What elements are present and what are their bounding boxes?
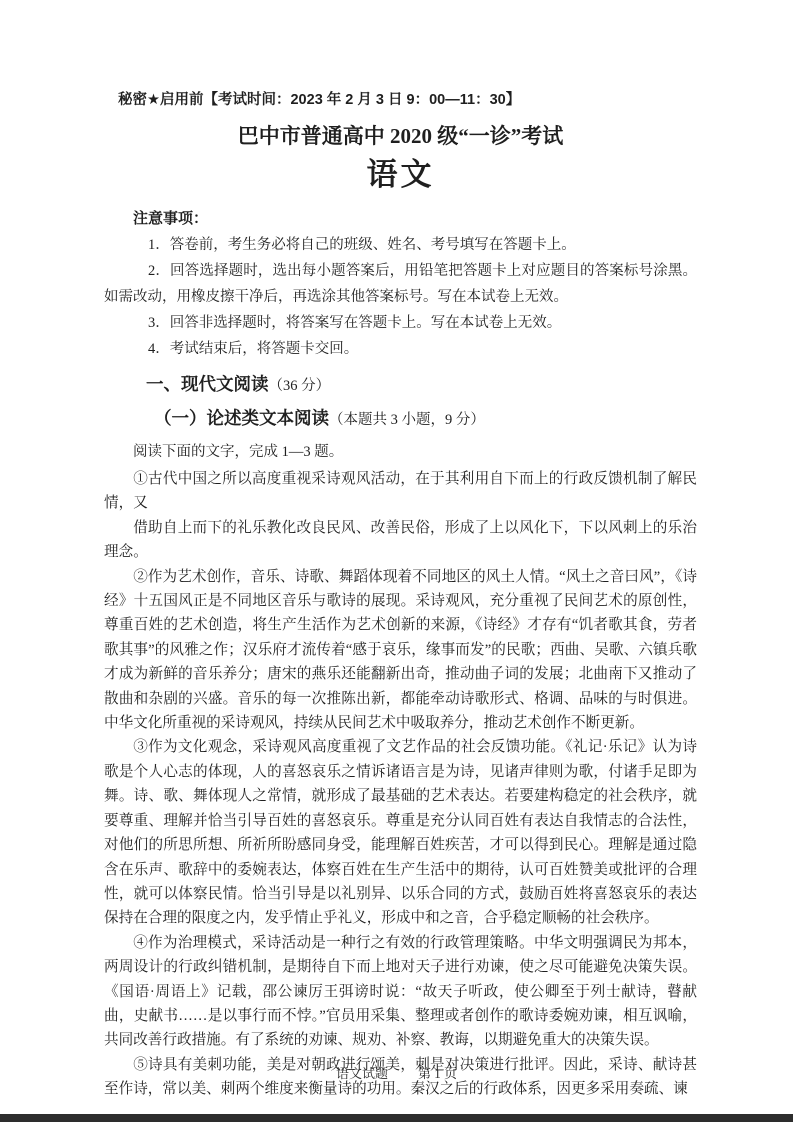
subsection-heading-title: （一）论述类文本阅读 <box>154 408 329 428</box>
note-item-2: 2．回答选择题时，选出每小题答案后，用铅笔把答题卡上对应题目的答案标号涂黑。如需… <box>104 258 697 310</box>
note-item-1: 1．答卷前，考生务必将自己的班级、姓名、考号填写在答题卡上。 <box>104 232 697 258</box>
body-paragraph-1a: ①古代中国之所以高度重视采诗观风活动，在于其利用自下而上的行政反馈机制了解民情，… <box>104 467 697 516</box>
note-item-3: 3．回答非选择题时，将答案写在答题卡上。写在本试卷上无效。 <box>104 310 697 336</box>
body-paragraph-3: ③作为文化观念，采诗观风高度重视了文艺作品的社会反馈功能。《礼记·乐记》认为诗歌… <box>104 735 697 930</box>
subsection-heading: （一）论述类文本阅读（本题共 3 小题，9 分） <box>104 404 697 435</box>
subject-title: 语文 <box>104 156 697 194</box>
body-paragraph-1b: 借助自上而下的礼乐教化改良民风、改善民俗，形成了上以风化下，下以风刺上的乐治理念… <box>104 516 697 565</box>
section-heading-title: 一、现代文阅读 <box>146 374 269 394</box>
footer-doc-label: 语文试题 <box>336 1066 388 1081</box>
notes-heading: 注意事项： <box>104 206 697 232</box>
section-heading: 一、现代文阅读（36 分） <box>104 370 697 401</box>
note-item-4: 4．考试结束后，将答题卡交回。 <box>104 336 697 362</box>
exam-page: 秘密★启用前【考试时间：2023 年 2 月 3 日 9：00—11：30】 巴… <box>104 90 697 1102</box>
reading-instruction: 阅读下面的文字，完成 1—3 题。 <box>104 439 697 465</box>
secrecy-notice: 秘密★启用前【考试时间：2023 年 2 月 3 日 9：00—11：30】 <box>118 90 697 110</box>
body-paragraph-2: ②作为艺术创作，音乐、诗歌、舞蹈体现着不同地区的风土人情。“风土之音曰风”，《诗… <box>104 565 697 736</box>
footer-page-number: 第 1 页 <box>418 1066 457 1081</box>
scan-edge-bar <box>0 1114 793 1122</box>
page-footer: 语文试题第 1 页 <box>0 1063 793 1082</box>
subsection-heading-note: （本题共 3 小题，9 分） <box>329 412 485 428</box>
exam-title: 巴中市普通高中 2020 级“一诊”考试 <box>104 122 697 150</box>
body-paragraph-4: ④作为治理模式，采诗活动是一种行之有效的行政管理策略。中华文明强调民为邦本，两周… <box>104 931 697 1053</box>
section-heading-score: （36 分） <box>269 378 331 394</box>
